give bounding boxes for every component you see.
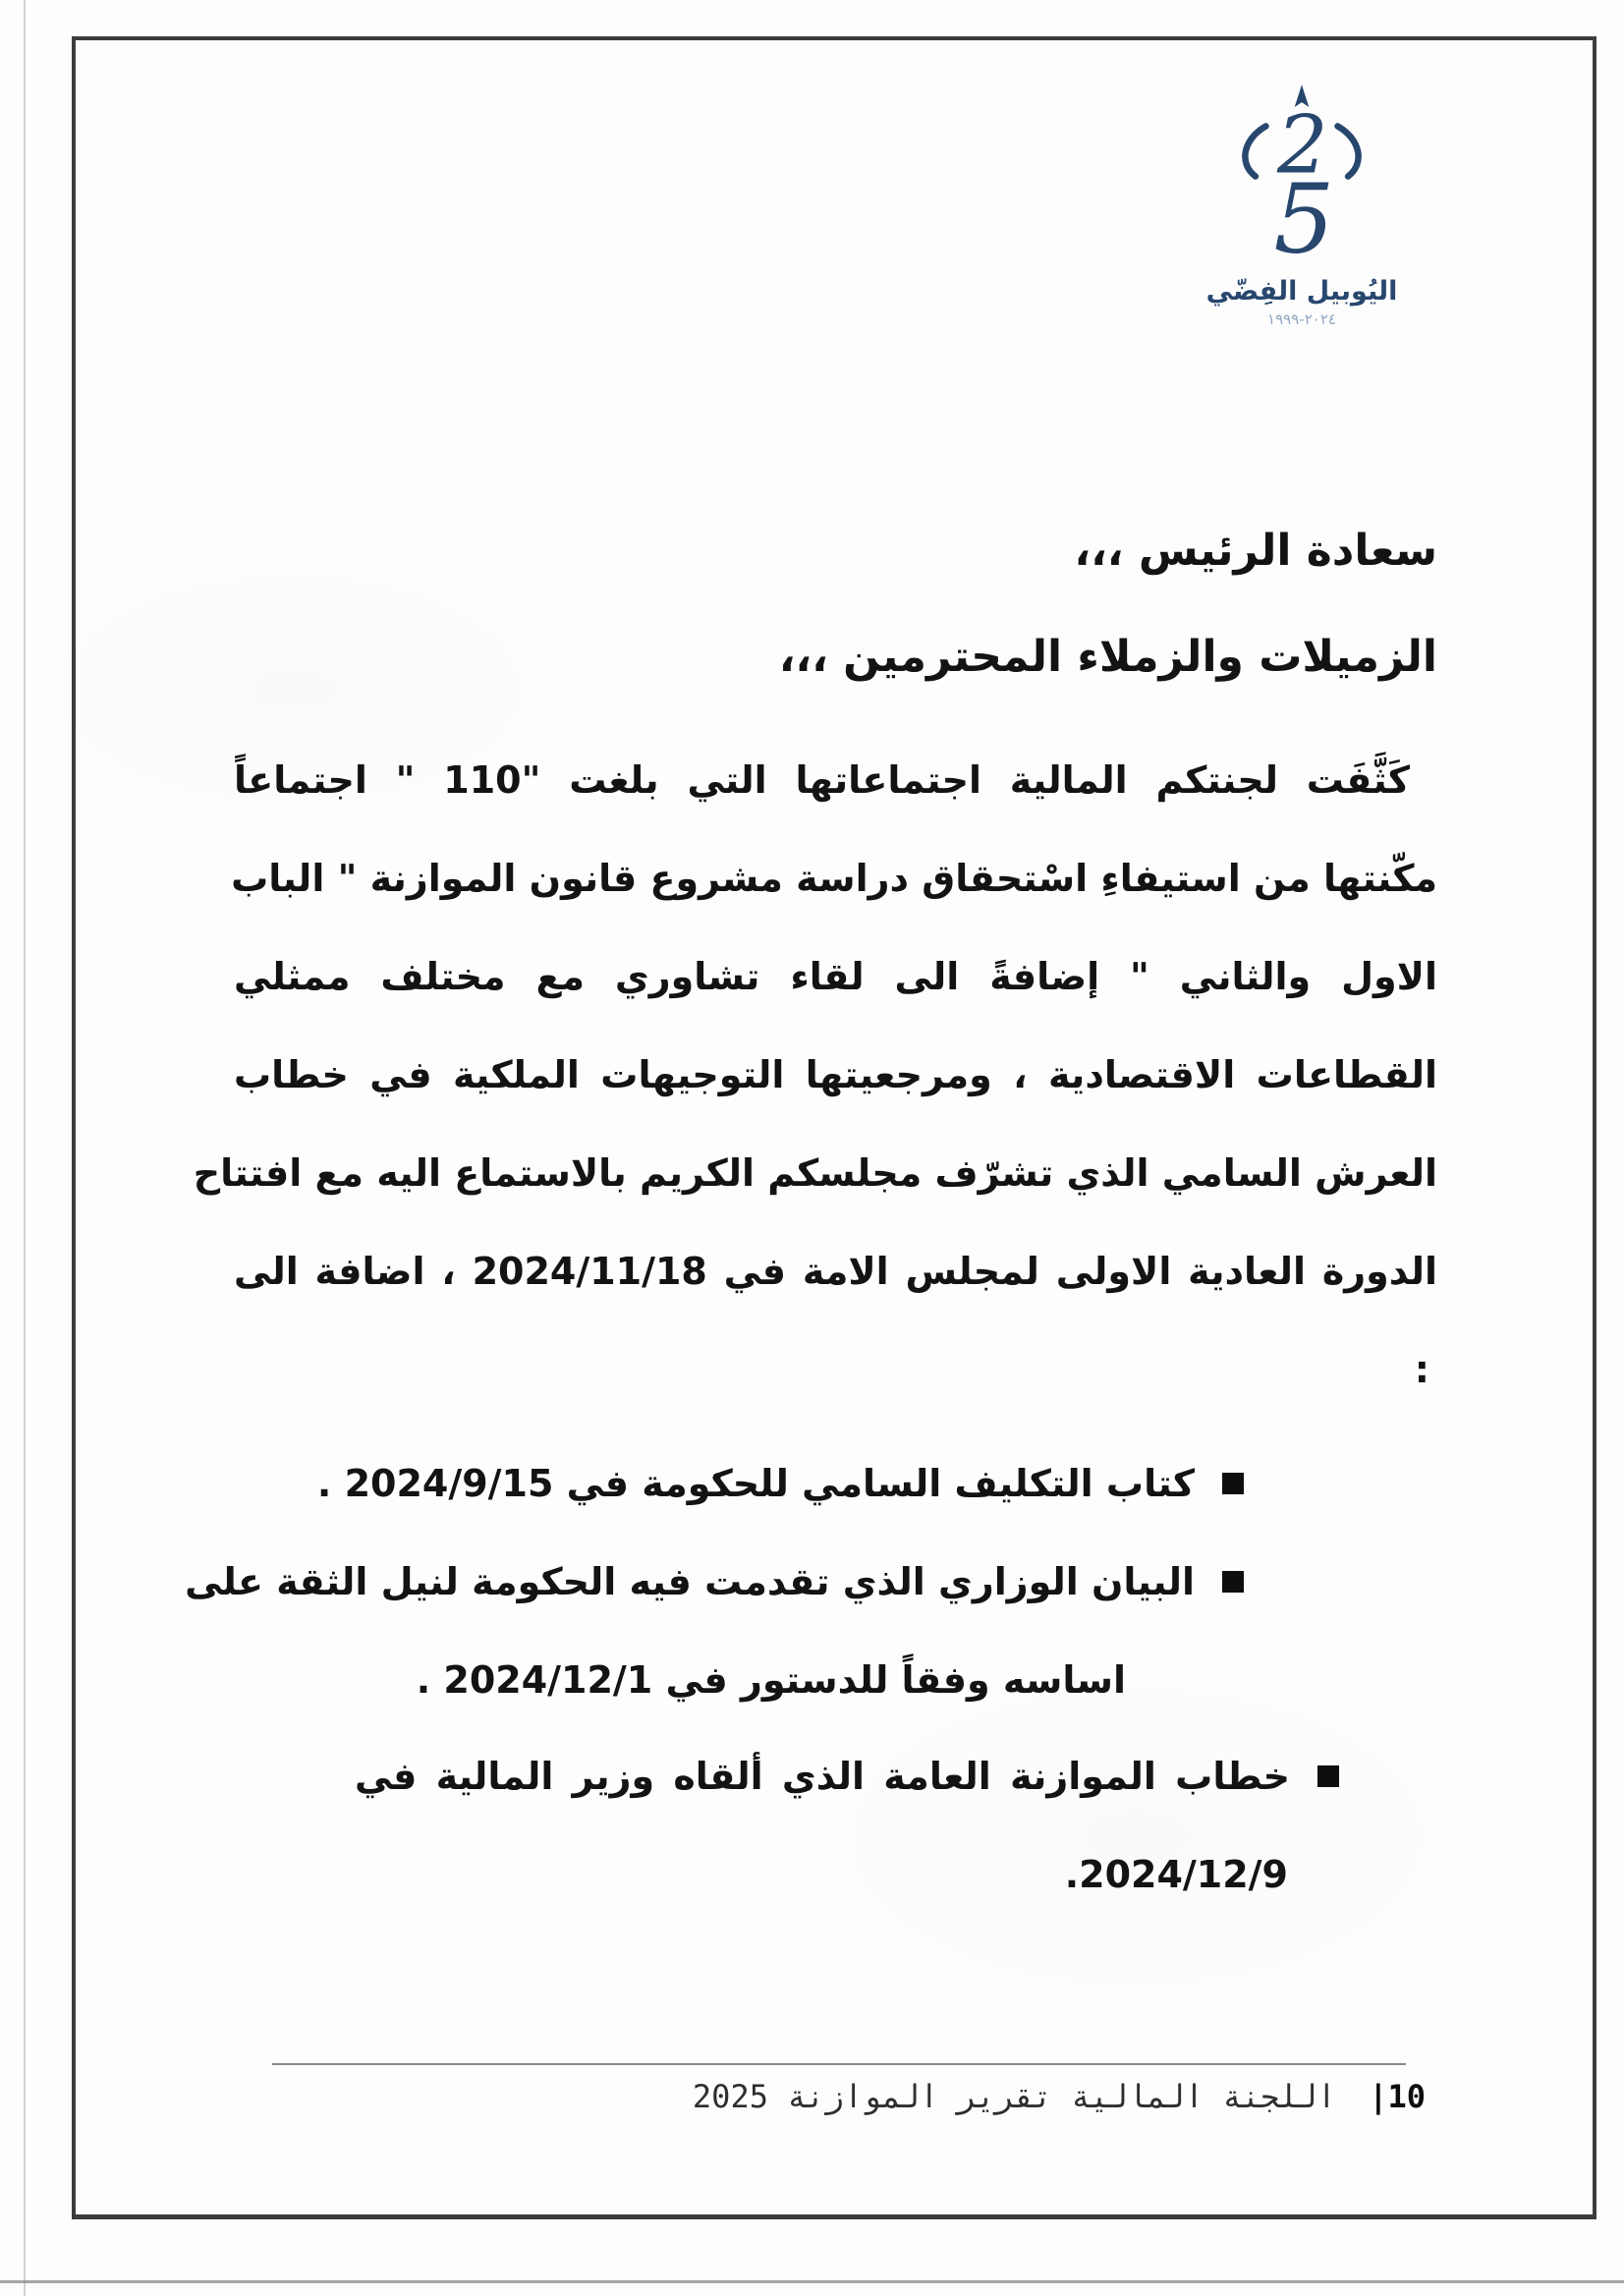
crown-25-icon: 2 5 <box>1234 83 1370 275</box>
paragraph-colon-line: : <box>234 1320 1437 1419</box>
page-number: 10| <box>1369 2078 1426 2115</box>
bullet-text: البيان الوزاري الذي تقدمت فيه الحكومة لن… <box>318 1533 1195 1631</box>
bullet-marker-icon <box>1222 1473 1244 1494</box>
paragraph-line: الاول والثاني " إضافةً الى لقاء تشاوري م… <box>234 927 1437 1026</box>
paragraph-line: الدورة العادية الاولى لمجلس الامة في 202… <box>234 1222 1437 1320</box>
paragraph-line: مكّنتها من استيفاءِ اسْتحقاق دراسة مشروع… <box>234 829 1437 927</box>
bullet-text: اساسه وفقاً للدستور في 2024/12/1 . <box>318 1631 1195 1729</box>
footer-title: اللجنة المالية تقرير الموازنة 2025 <box>693 2078 1336 2115</box>
bullet-text: خطاب الموازنة العامة الذي ألقاه وزير الم… <box>355 1727 1290 1825</box>
logo-calligraphy: اليُوبيل الفِضّي <box>1143 277 1461 307</box>
bullet-text: كتاب التكليف السامي للحكومة في 2024/9/15… <box>317 1434 1195 1533</box>
paragraph-line: كَثَّفَت لجنتكم المالية اجتماعاتها التي … <box>234 731 1437 829</box>
bullet-item-ministerial-statement: البيان الوزاري الذي تقدمت فيه الحكومة لن… <box>318 1533 1244 1729</box>
bullet-text: 2024/12/9. <box>355 1825 1290 1924</box>
greeting-colleagues: الزميلات والزملاء المحترمين ،،، <box>779 625 1437 690</box>
bullet-item-budget-speech: خطاب الموازنة العامة الذي ألقاه وزير الم… <box>355 1727 1339 1924</box>
greeting-president: سعادة الرئيس ،،، <box>1074 519 1437 584</box>
silver-jubilee-logo: 2 5 اليُوبيل الفِضّي ٢٠٢٤-١٩٩٩ <box>1143 83 1461 327</box>
bullet-marker-icon <box>1222 1571 1244 1593</box>
footer: 10| اللجنة المالية تقرير الموازنة 2025 <box>693 2075 1426 2118</box>
scan-bottom-edge <box>0 2280 1624 2283</box>
paragraph-line: العرش السامي الذي تشرّف مجلسكم الكريم با… <box>234 1124 1437 1222</box>
logo-years: ٢٠٢٤-١٩٩٩ <box>1143 311 1461 327</box>
paragraph-line: القطاعات الاقتصادية ، ومرجعيتها التوجيها… <box>234 1026 1437 1124</box>
document-page: 2 5 اليُوبيل الفِضّي ٢٠٢٤-١٩٩٩ سعادة الر… <box>0 0 1624 2296</box>
bullet-marker-icon <box>1317 1765 1339 1787</box>
logo-digit-5: 5 <box>1273 164 1334 275</box>
footer-separator <box>272 2063 1406 2065</box>
main-paragraph: كَثَّفَت لجنتكم المالية اجتماعاتها التي … <box>234 731 1437 1419</box>
scan-left-edge <box>24 0 26 2296</box>
bullet-item-royal-designation-letter: كتاب التكليف السامي للحكومة في 2024/9/15… <box>317 1434 1244 1533</box>
